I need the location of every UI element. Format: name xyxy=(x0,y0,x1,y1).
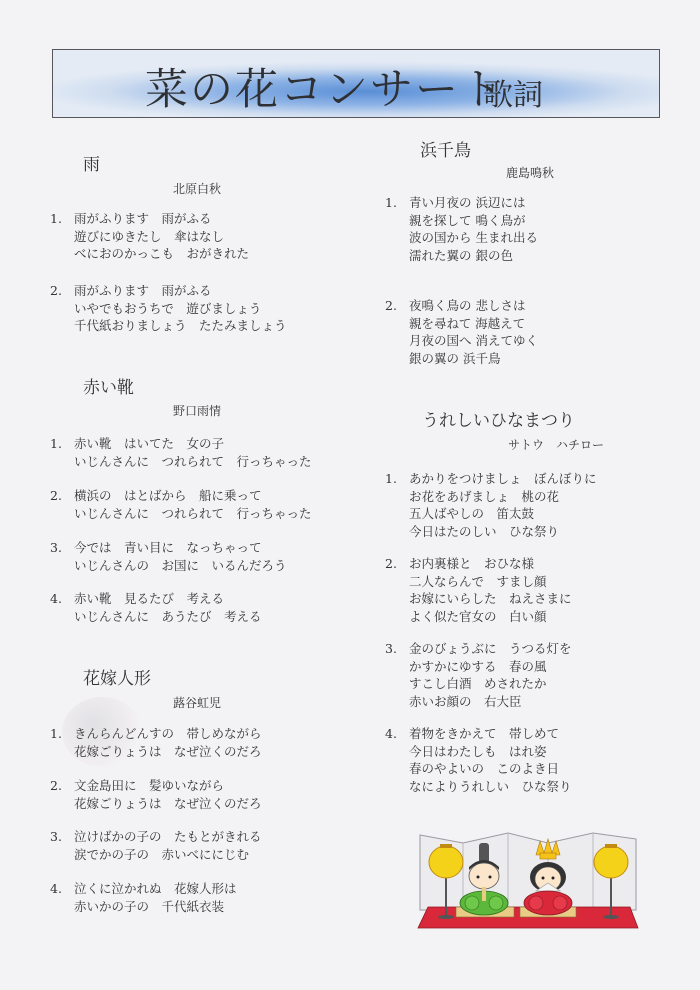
lyric-line: あかりをつけましょ ぼんぼりに xyxy=(409,470,597,488)
lyric-line: 遊びにゆきたし 傘はなし xyxy=(74,228,249,246)
lyric-line: 青い月夜の 浜辺には xyxy=(409,194,538,212)
lyrics-page: 菜の花コンサート 歌詞 雨 北原白秋 1. 雨がふります 雨がふる 遊びにゆきた… xyxy=(0,0,700,990)
lyric-line: 春のやよいの このよき日 xyxy=(409,760,572,778)
lyric-line: 月夜の国へ 消えてゆく xyxy=(409,332,538,350)
lyric-line: いじんさんに つれられて 行っちゃった xyxy=(74,505,312,523)
verse: 3. 今では 青い目に なっちゃって いじんさんの お国に いるんだろう xyxy=(50,539,287,574)
verse-number: 1. xyxy=(50,435,74,453)
verse-number: 1. xyxy=(385,194,409,212)
lyric-line: 夜鳴く鳥の 悲しさは xyxy=(409,297,538,315)
verse: 1. あかりをつけましょ ぼんぼりに お花をあげましょ 桃の花 五人ばやしの 笛… xyxy=(385,470,597,540)
song-title-ureshii-hinamatsuri: うれしいひなまつり xyxy=(422,406,575,431)
lyric-line: 着物をきかえて 帯しめて xyxy=(409,725,572,743)
verse-number: 1. xyxy=(385,470,409,488)
lyric-line: 泣くに泣かれぬ 花嫁人形は xyxy=(74,880,237,898)
lyric-line: 五人ばやしの 笛太鼓 xyxy=(409,505,597,523)
lyric-line: 花嫁ごりょうは なぜ泣くのだろ xyxy=(74,795,262,813)
lyric-line: かすかにゆする 春の風 xyxy=(409,658,572,676)
title-banner: 菜の花コンサート 歌詞 xyxy=(52,49,660,118)
lyric-line: 波の国から 生まれ出る xyxy=(409,229,538,247)
lyric-line: 濡れた翼の 銀の色 xyxy=(409,247,538,265)
lyric-line: お嫁にいらした ねえさまに xyxy=(409,590,572,608)
verse-number: 2. xyxy=(50,282,74,300)
lyric-line: なによりうれしい ひな祭り xyxy=(409,778,572,796)
verse: 4. 着物をきかえて 帯しめて 今日はわたしも はれ姿 春のやよいの このよき日… xyxy=(385,725,572,795)
lyric-line: 涙でかの子の 赤いべににじむ xyxy=(74,846,262,864)
lyric-line: 今では 青い目に なっちゃって xyxy=(74,539,287,557)
verse-number: 3. xyxy=(50,539,74,557)
verse-number: 2. xyxy=(50,777,74,795)
verse-number: 3. xyxy=(50,828,74,846)
lyric-line: 横浜の はとばから 船に乗って xyxy=(74,487,312,505)
verse-number: 2. xyxy=(385,297,409,315)
lyric-line: 雨がふります 雨がふる xyxy=(74,282,287,300)
song-author: 蕗谷虹児 xyxy=(173,694,221,711)
lyric-line: いじんさんの お国に いるんだろう xyxy=(74,557,287,575)
lyric-line: 赤い靴 見るたび 考える xyxy=(74,590,262,608)
song-title-akai-kutsu: 赤い靴 xyxy=(83,373,134,398)
verse-number: 4. xyxy=(50,590,74,608)
lyric-line: 今日はたのしい ひな祭り xyxy=(409,523,597,541)
verse-number: 1. xyxy=(50,725,74,743)
lyric-line: いじんさんに つれられて 行っちゃった xyxy=(74,453,312,471)
lyric-line: 赤いお顔の 右大臣 xyxy=(409,693,572,711)
verse: 2. 雨がふります 雨がふる いやでもおうちで 遊びましょう 千代紙おりましょう… xyxy=(50,282,287,335)
lyric-line: 泣けばかの子の たもとがきれる xyxy=(74,828,262,846)
verse: 1. きんらんどんすの 帯しめながら 花嫁ごりょうは なぜ泣くのだろ xyxy=(50,725,262,760)
lyric-line: 親を探して 鳴く鳥が xyxy=(409,212,538,230)
song-title-ame: 雨 xyxy=(83,150,100,175)
lyric-line: 親を尋ねて 海越えて xyxy=(409,315,538,333)
page-title: 菜の花コンサート xyxy=(145,56,505,117)
lyric-line: 今日はわたしも はれ姿 xyxy=(409,743,572,761)
verse: 2. 夜鳴く鳥の 悲しさは 親を尋ねて 海越えて 月夜の国へ 消えてゆく 銀の翼… xyxy=(385,297,538,367)
page-subtitle: 歌詞 xyxy=(483,70,543,114)
lyric-line: よく似た官女の 白い顔 xyxy=(409,608,572,626)
verse: 2. お内裏様と おひな様 二人ならんで すまし顔 お嫁にいらした ねえさまに … xyxy=(385,555,572,625)
verse: 2. 横浜の はとばから 船に乗って いじんさんに つれられて 行っちゃった xyxy=(50,487,312,522)
verse: 1. 赤い靴 はいてた 女の子 いじんさんに つれられて 行っちゃった xyxy=(50,435,312,470)
verse-number: 2. xyxy=(385,555,409,573)
verse-number: 4. xyxy=(385,725,409,743)
lyric-line: 赤い靴 はいてた 女の子 xyxy=(74,435,312,453)
song-author: 鹿島鳴秋 xyxy=(506,164,554,181)
lyric-line: 文金島田に 髪ゆいながら xyxy=(74,777,262,795)
lyric-line: お花をあげましょ 桃の花 xyxy=(409,488,597,506)
hina-dolls-illustration xyxy=(408,825,648,940)
lyric-line: いじんさんに あうたび 考える xyxy=(74,608,262,626)
lyric-line: きんらんどんすの 帯しめながら xyxy=(74,725,262,743)
lyric-line: 千代紙おりましょう たたみましょう xyxy=(74,317,287,335)
verse-number: 2. xyxy=(50,487,74,505)
verse: 4. 泣くに泣かれぬ 花嫁人形は 赤いかの子の 千代紙衣装 xyxy=(50,880,237,915)
lyric-line: 花嫁ごりょうは なぜ泣くのだろ xyxy=(74,743,262,761)
verse-number: 4. xyxy=(50,880,74,898)
lyric-line: 赤いかの子の 千代紙衣装 xyxy=(74,898,237,916)
lyric-line: いやでもおうちで 遊びましょう xyxy=(74,300,287,318)
lyric-line: べにおのかっこも おがきれた xyxy=(74,245,249,263)
verse-number: 3. xyxy=(385,640,409,658)
verse: 1. 雨がふります 雨がふる 遊びにゆきたし 傘はなし べにおのかっこも おがき… xyxy=(50,210,249,263)
lyric-line: 雨がふります 雨がふる xyxy=(74,210,249,228)
lyric-line: 二人ならんで すまし顔 xyxy=(409,573,572,591)
lyric-line: 金のびょうぶに うつる灯を xyxy=(409,640,572,658)
lyric-line: すこし白酒 めされたか xyxy=(409,675,572,693)
song-author: サトウ ハチロー xyxy=(508,436,604,453)
lyric-line: お内裏様と おひな様 xyxy=(409,555,572,573)
verse: 3. 金のびょうぶに うつる灯を かすかにゆする 春の風 すこし白酒 めされたか… xyxy=(385,640,572,710)
song-title-hamachidori: 浜千鳥 xyxy=(420,136,471,161)
verse: 4. 赤い靴 見るたび 考える いじんさんに あうたび 考える xyxy=(50,590,262,625)
lyric-line: 銀の翼の 浜千鳥 xyxy=(409,350,538,368)
verse: 3. 泣けばかの子の たもとがきれる 涙でかの子の 赤いべににじむ xyxy=(50,828,262,863)
verse-number: 1. xyxy=(50,210,74,228)
verse: 1. 青い月夜の 浜辺には 親を探して 鳴く鳥が 波の国から 生まれ出る 濡れた… xyxy=(385,194,538,264)
song-title-hanayome-ningyo: 花嫁人形 xyxy=(83,664,151,689)
song-author: 北原白秋 xyxy=(173,180,221,197)
song-author: 野口雨情 xyxy=(173,402,221,419)
verse: 2. 文金島田に 髪ゆいながら 花嫁ごりょうは なぜ泣くのだろ xyxy=(50,777,262,812)
